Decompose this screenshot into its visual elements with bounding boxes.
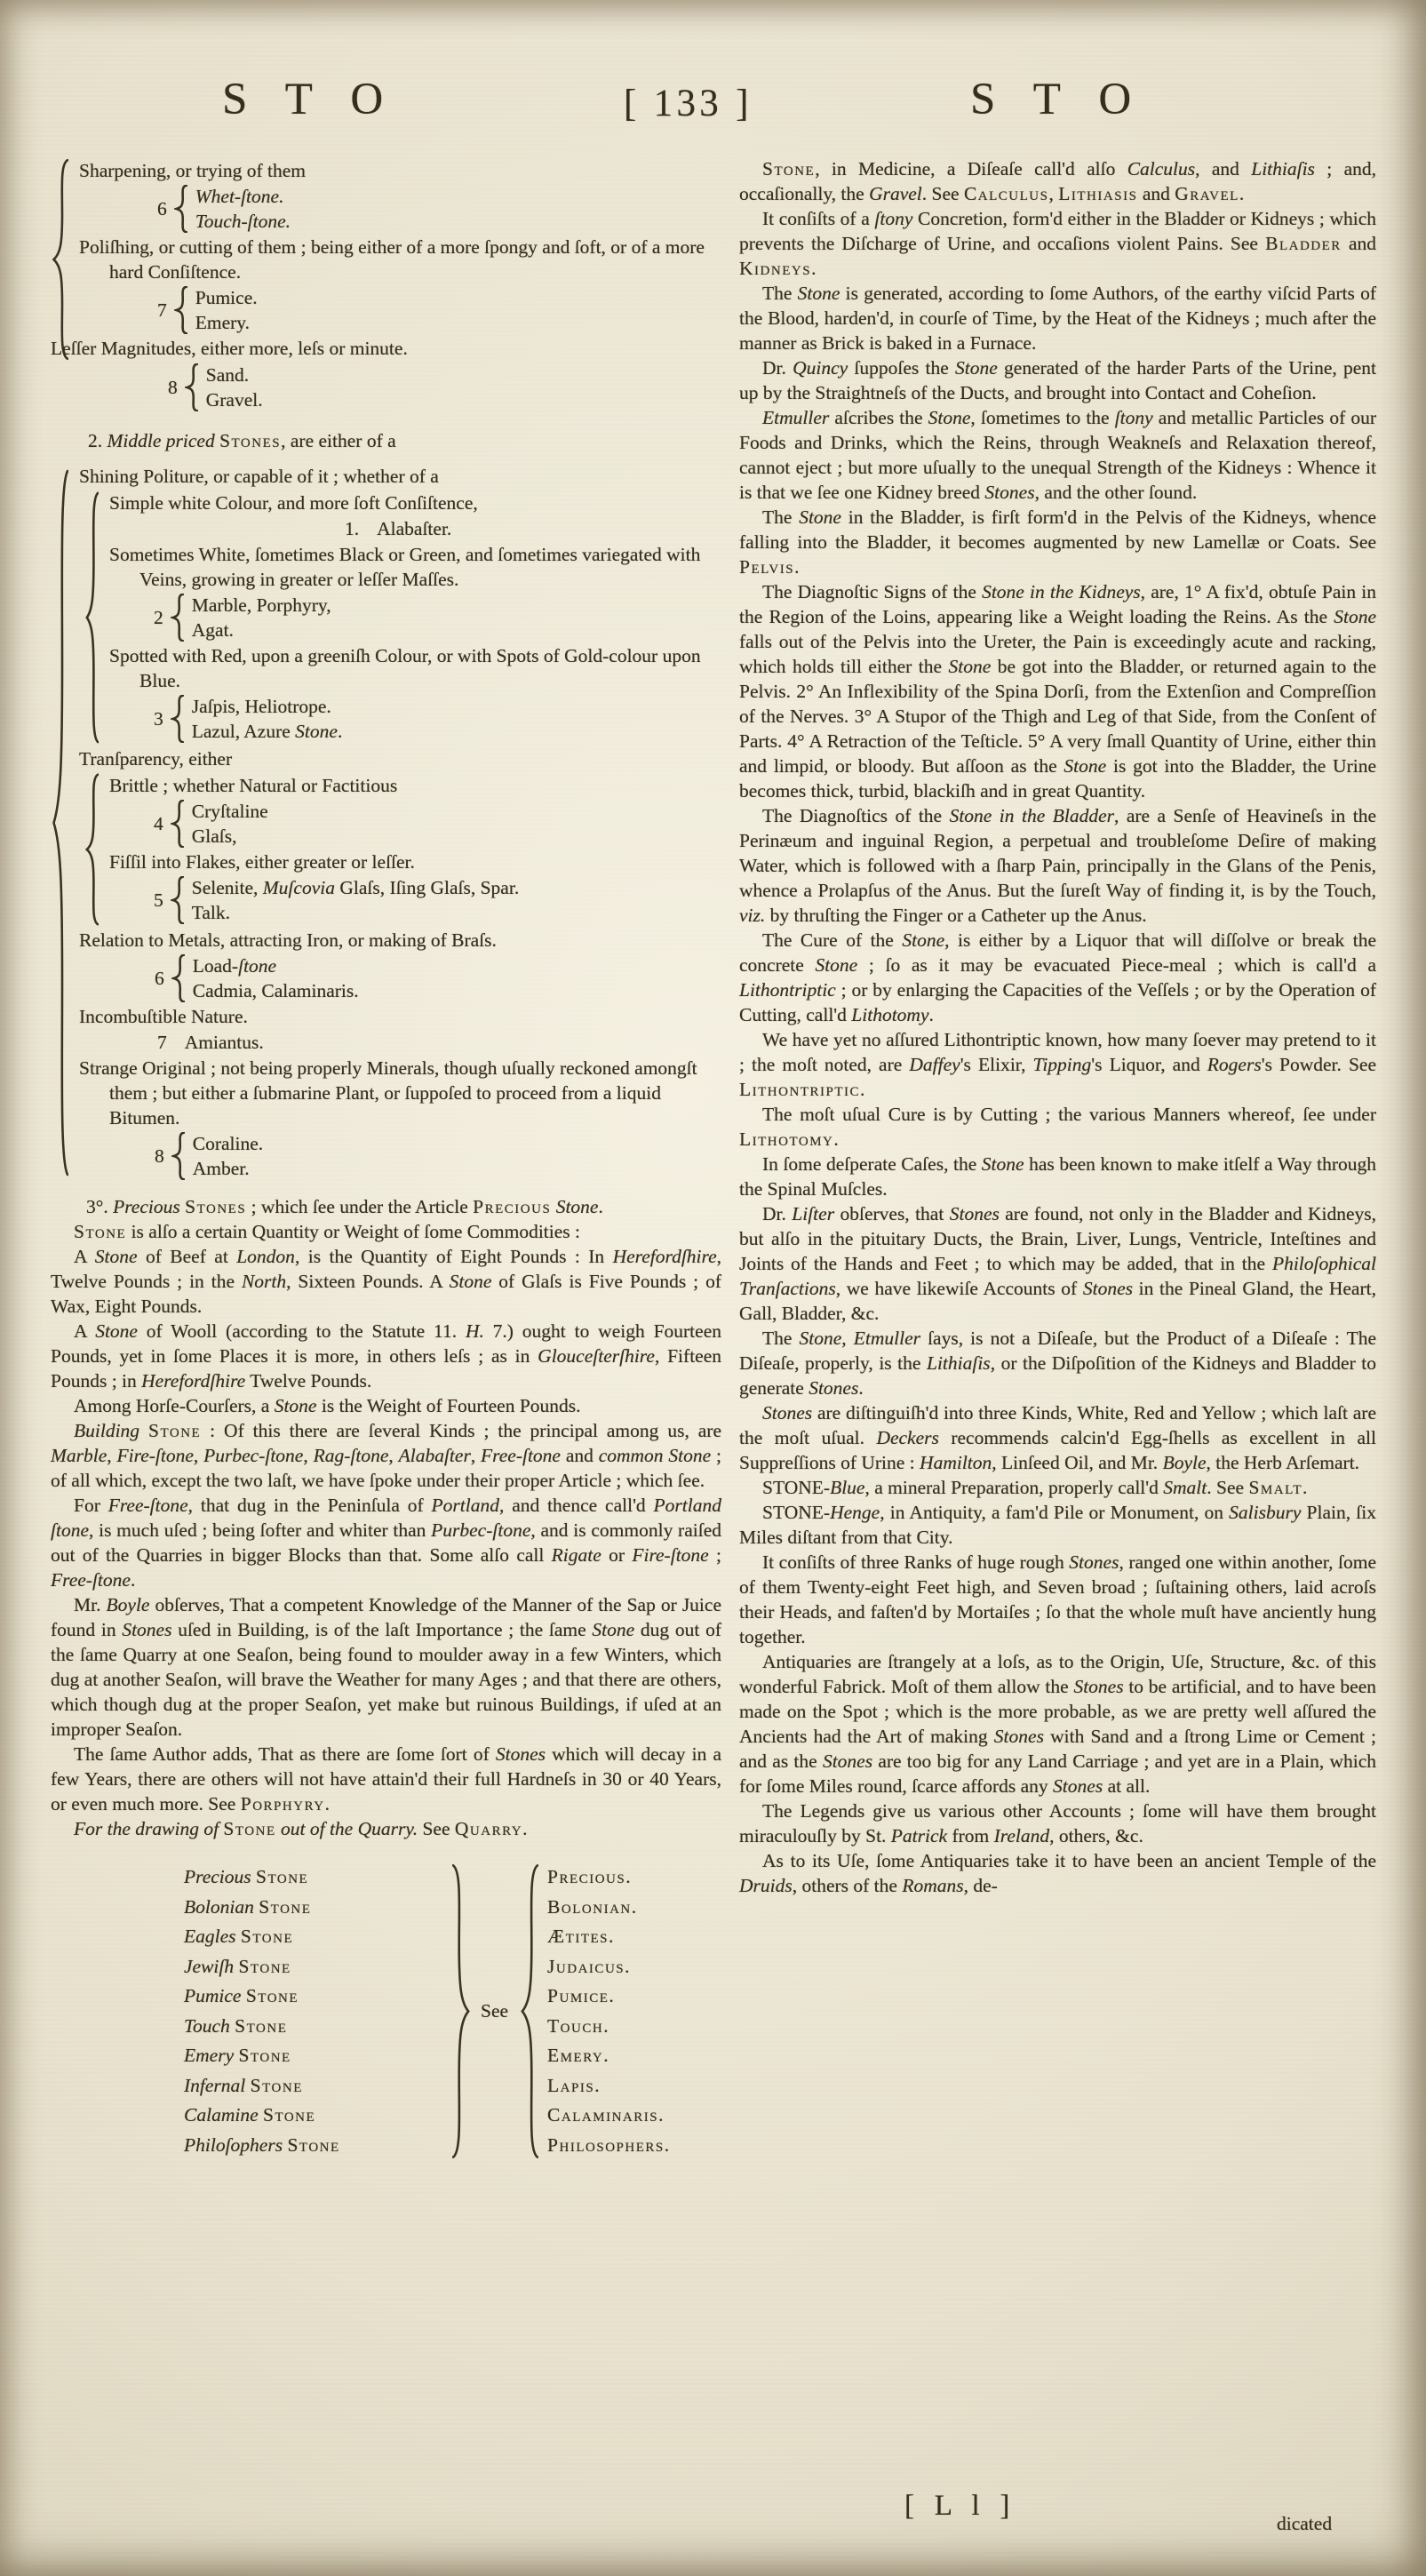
see-table-target: Touch. (547, 2012, 671, 2042)
subgroup-item: Touch-ſtone. (195, 209, 291, 234)
curly-brace-icon (174, 185, 187, 233)
numbered-line-1: 1. Alabaſter. (345, 516, 721, 541)
subgroup-item: Amiantus. (185, 1030, 264, 1055)
left-column: Sharpening, or trying of them 6 Whet-ſto… (51, 156, 721, 2160)
subgroup-item: Gravel. (206, 387, 263, 412)
see-table-entry: Calamine Stone (184, 2101, 452, 2131)
text-columns: Sharpening, or trying of them 6 Whet-ſto… (51, 156, 1376, 2160)
see-table-entry: Emery Stone (184, 2041, 452, 2071)
classification-line: Sometimes White, ſometimes Black or Gree… (109, 542, 721, 592)
running-title-left: S T O (222, 75, 397, 124)
brace-subgroup-6: 6 Whet-ſtone. Touch-ſtone. (157, 184, 721, 234)
see-table-entries: Precious Stone Bolonian Stone Eagles Sto… (184, 1862, 452, 2160)
classification-line: Leſſer Magnitudes, either more, leſs or … (51, 336, 721, 361)
see-table-target: Bolonian. (547, 1893, 671, 1923)
see-table-entry: Touch Stone (184, 2012, 452, 2042)
shining-politure-group: Simple white Colour, and more ſoft Conſi… (84, 490, 721, 745)
paragraph: We have yet no aſſured Lithontriptic kno… (739, 1027, 1376, 1102)
numbered-line-7: 7 Amiantus. (157, 1030, 721, 1055)
subgroup-item: Amber. (193, 1156, 263, 1181)
classification-line: Poliſhing, or cutting of them ; being ei… (79, 235, 721, 284)
paragraph: A Stone of Beef at London, is the Quanti… (51, 1244, 721, 1319)
scanned-book-page: S T O [ 133 ] S T O Sharpening, or tryin… (0, 0, 1426, 2576)
paragraph: Dr. Quincy ſuppoſes the Stone generated … (739, 355, 1376, 405)
curly-brace-icon (171, 954, 185, 1002)
brace-subgroup-8: 8 Sand. Gravel. (168, 363, 721, 412)
subgroup-number: 8 (168, 375, 178, 400)
subgroup-item: Marble, Porphyry, (192, 593, 331, 618)
subgroup-number: 4 (154, 811, 163, 836)
curly-brace-icon (174, 286, 187, 334)
classification-group-a: Sharpening, or trying of them 6 Whet-ſto… (51, 158, 721, 361)
subgroup-item: Talk. (192, 900, 519, 925)
subgroup-item: Agat. (192, 618, 331, 642)
subgroup-item: Sand. (206, 363, 263, 387)
subgroup-item: Pumice. (195, 285, 258, 310)
subgroup-item: Lazul, Azure Stone. (192, 719, 343, 744)
paragraph: Building Stone : Of this there are ſever… (51, 1418, 721, 1493)
classification-line: Incombuſtible Nature. (79, 1004, 721, 1029)
subgroup-number: 8 (155, 1144, 164, 1168)
subgroup-number: 6 (157, 196, 167, 221)
curly-brace-icon (171, 800, 184, 848)
see-table-entry: Precious Stone (184, 1862, 452, 1893)
see-table-target: Lapis. (547, 2071, 671, 2101)
paragraph: Stone, in Medicine, a Diſeaſe call'd alſ… (739, 156, 1376, 206)
subgroup-number: 5 (154, 888, 163, 913)
see-table-target: Philosophers. (547, 2131, 671, 2161)
paragraph: The Stone is generated, according to ſom… (739, 281, 1376, 355)
see-table-targets: Precious. Bolonian. Ætites. Judaicus. Pu… (547, 1862, 671, 2160)
paragraph: The Stone, Etmuller ſays, is not a Diſea… (739, 1326, 1376, 1400)
classification-line: Strange Original ; not being properly Mi… (79, 1056, 721, 1130)
paragraph: For Free-ſtone, that dug in the Peninſul… (51, 1493, 721, 1592)
paragraph: The ſame Author adds, That as there are … (51, 1742, 721, 1816)
transparency-group: Brittle ; whether Natural or Factitious … (84, 773, 721, 926)
subgroup-item: Glaſs, (192, 824, 268, 849)
paragraph: In ſome deſperate Caſes, the Stone has b… (739, 1152, 1376, 1201)
curly-brace-icon (185, 363, 198, 411)
see-table-target: Emery. (547, 2041, 671, 2071)
brace-subgroup-7: 7 Pumice. Emery. (157, 285, 721, 335)
see-table-entry: Jewiſh Stone (184, 1952, 452, 1982)
subgroup-number: 3 (154, 706, 163, 731)
page-number: [ 133 ] (624, 82, 753, 126)
see-table-target: Judaicus. (547, 1952, 671, 1982)
see-table-target: Calaminaris. (547, 2101, 671, 2131)
curly-brace-icon (171, 1132, 185, 1180)
brace-subgroup-6b: 6 Load-ſtone Cadmia, Calaminaris. (155, 953, 721, 1003)
subgroup-item: Cadmia, Calaminaris. (193, 978, 359, 1003)
subgroup-item: Cryſtaline (192, 799, 268, 824)
curly-brace-icon (51, 158, 68, 361)
curly-brace-icon (51, 464, 68, 1182)
brace-subgroup-5: 5 Selenite, Muſcovia Glaſs, Iſing Glaſs,… (154, 875, 721, 925)
paragraph: It conſiſts of three Ranks of huge rough… (739, 1550, 1376, 1649)
paragraph: Among Horſe-Courſers, a Stone is the Wei… (51, 1393, 721, 1418)
subgroup-number: 2 (154, 605, 163, 630)
see-table-entry: Bolonian Stone (184, 1893, 452, 1923)
classification-line: Brittle ; whether Natural or Factitious (109, 773, 721, 798)
see-reference-table: Precious Stone Bolonian Stone Eagles Sto… (184, 1862, 721, 2160)
subgroup-number: 6 (155, 966, 164, 991)
classification-line: Simple white Colour, and more ſoft Conſi… (109, 490, 721, 515)
see-table-entry: Philoſophers Stone (184, 2131, 452, 2161)
paragraph: Etmuller aſcribes the Stone, ſometimes t… (739, 405, 1376, 505)
classification-line: Relation to Metals, attracting Iron, or … (79, 928, 721, 953)
see-table-entry: Eagles Stone (184, 1922, 452, 1952)
subgroup-number: 7 (157, 298, 167, 323)
paragraph: As to its Uſe, ſome Antiquaries take it … (739, 1848, 1376, 1898)
paragraph: Antiquaries are ſtrangely at a loſs, as … (739, 1649, 1376, 1798)
classification-line: Fiſſil into Flakes, either greater or le… (109, 849, 721, 874)
brace-subgroup-4: 4 Cryſtaline Glaſs, (154, 799, 721, 849)
classification-line: Spotted with Red, upon a greeniſh Colour… (109, 643, 721, 693)
gathering-signature: [ L l ] (904, 2493, 1016, 2518)
brace-subgroup-2: 2 Marble, Porphyry, Agat. (154, 593, 721, 642)
see-table-entry: Infernal Stone (184, 2071, 452, 2101)
paragraph: The Stone in the Bladder, is firſt form'… (739, 505, 1376, 579)
subgroup-item: Whet-ſtone. (195, 184, 291, 209)
subgroup-item: Alabaſter. (377, 516, 451, 541)
paragraph: Stone is alſo a certain Quantity or Weig… (51, 1219, 721, 1244)
paragraph: STONE-Blue, a mineral Preparation, prope… (739, 1475, 1376, 1500)
paragraph: STONE-Henge, in Antiquity, a fam'd Pile … (739, 1500, 1376, 1550)
curly-brace-icon (519, 1862, 538, 2160)
running-title-right: S T O (970, 75, 1145, 124)
right-column: Stone, in Medicine, a Diſeaſe call'd alſ… (739, 156, 1376, 2160)
classification-group-b: Shining Politure, or capable of it ; whe… (51, 464, 721, 1182)
classification-line: Sharpening, or trying of them (79, 158, 721, 183)
classification-line: Tranſparency, either (79, 746, 721, 771)
paragraph: The Legends give us various other Accoun… (739, 1798, 1376, 1848)
subgroup-item: Jaſpis, Heliotrope. (192, 694, 343, 719)
paragraph: Mr. Boyle obſerves, That a competent Kno… (51, 1592, 721, 1742)
paragraph: It conſiſts of a ſtony Concretion, form'… (739, 206, 1376, 281)
subgroup-item: Coraline. (193, 1131, 263, 1156)
paragraph: 3°. Precious Stones ; which ſee under th… (51, 1194, 721, 1219)
brace-subgroup-3: 3 Jaſpis, Heliotrope. Lazul, Azure Stone… (154, 694, 721, 744)
section-heading-middle-priced: 2. Middle priced Stones, are either of a (88, 428, 721, 453)
paragraph: The Cure of the Stone, is either by a Li… (739, 928, 1376, 1027)
curly-brace-icon (171, 876, 184, 924)
paragraph: The Diagnoſtics of the Stone in the Blad… (739, 803, 1376, 928)
curly-brace-icon (171, 695, 184, 743)
see-table-target: Pumice. (547, 1982, 671, 2012)
subgroup-item: Load-ſtone (193, 953, 359, 978)
classification-line: Shining Politure, or capable of it ; whe… (79, 464, 721, 489)
subgroup-item: Selenite, Muſcovia Glaſs, Iſing Glaſs, S… (192, 875, 519, 900)
curly-brace-icon (84, 773, 99, 926)
brace-subgroup-8b: 8 Coraline. Amber. (155, 1131, 721, 1181)
see-label: See (481, 1997, 508, 2027)
see-table-entry: Pumice Stone (184, 1982, 452, 2012)
see-table-target: Ætites. (547, 1922, 671, 1952)
subgroup-number: 7 (157, 1030, 167, 1055)
subgroup-item: Emery. (195, 310, 258, 335)
paragraph: The Diagnoſtic Signs of the Stone in the… (739, 579, 1376, 803)
paragraph: A Stone of Wooll (according to the Statu… (51, 1319, 721, 1393)
see-table-target: Precious. (547, 1862, 671, 1893)
paragraph: Stones are diſtinguiſh'd into three Kind… (739, 1400, 1376, 1475)
subgroup-number: 1. (345, 516, 359, 541)
catchword: dicated (1277, 2511, 1332, 2536)
paragraph: Dr. Liſter obſerves, that Stones are fou… (739, 1201, 1376, 1326)
paragraph: For the drawing of Stone out of the Quar… (51, 1816, 721, 1841)
curly-brace-icon (84, 490, 99, 745)
curly-brace-icon (171, 594, 184, 642)
curly-brace-icon (452, 1862, 472, 2160)
paragraph: The moſt uſual Cure is by Cutting ; the … (739, 1102, 1376, 1152)
